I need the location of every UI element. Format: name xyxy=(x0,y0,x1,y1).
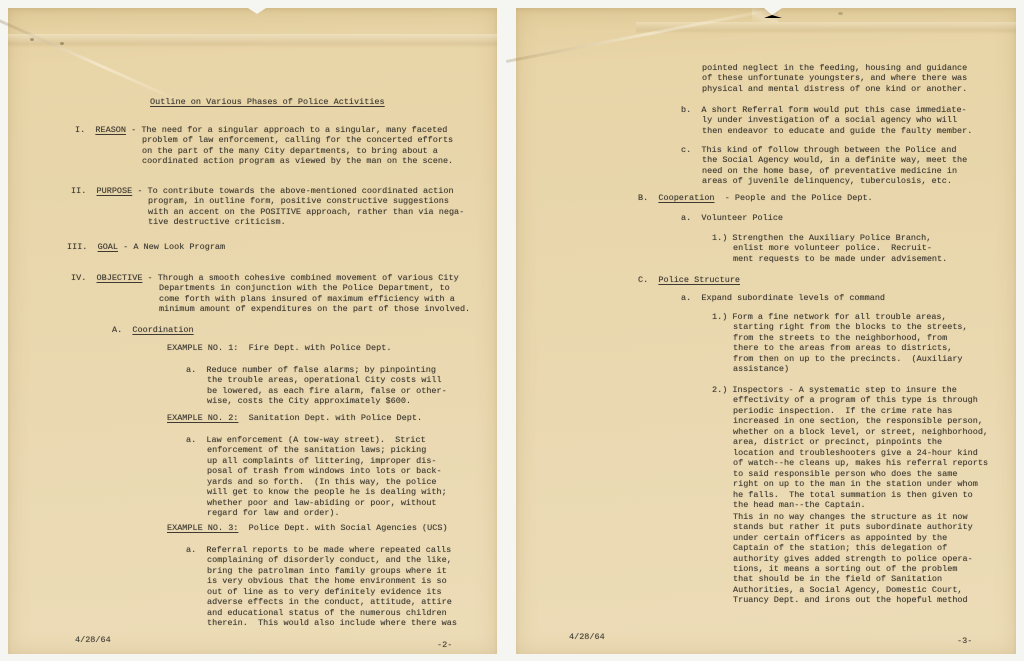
document-line: I. REASON - The need for a singular appr… xyxy=(75,125,447,135)
document-line: authority gives added strength to police… xyxy=(733,554,973,564)
document-line: under certain officers as appointed by t… xyxy=(733,533,947,543)
document-line: from the streets to the neighborhood, fr… xyxy=(733,333,947,343)
document-line: yards and so forth. (In this way, the po… xyxy=(207,477,437,487)
document-line: EXAMPLE NO. 1: Fire Dept. with Police De… xyxy=(167,343,391,353)
document-line: location and troubleshooters give a 24-h… xyxy=(733,448,978,458)
document-line: the head man--the Captain. xyxy=(733,500,866,510)
paper-speck xyxy=(838,12,843,15)
document-line: the trouble areas, operational City cost… xyxy=(207,375,442,385)
document-line: tions, it means a sorting out of the pro… xyxy=(733,564,957,574)
document-line: will get to know the people he is dealin… xyxy=(207,487,447,497)
document-line: there to the areas from areas to distric… xyxy=(733,343,952,353)
document-line: EXAMPLE NO. 3: Police Dept. with Social … xyxy=(167,523,448,533)
document-line: Captain of the station; this delegation … xyxy=(733,543,947,553)
document-line: c. This kind of follow through between t… xyxy=(681,145,956,155)
document-line: whether on a block level, or street, nei… xyxy=(733,427,988,437)
document-line: IV. OBJECTIVE - Through a smooth cohesiv… xyxy=(71,273,459,283)
document-line: physical and mental distress of one kind… xyxy=(702,84,967,94)
document-page-right: 4/28/64 -3- pointed neglect in the feedi… xyxy=(516,8,1016,654)
document-line: complaining of disorderly conduct, and t… xyxy=(207,555,452,565)
document-line: II. PURPOSE - To contribute towards the … xyxy=(71,186,454,196)
document-line: enforcement of the sanitation laws; pick… xyxy=(207,445,426,455)
document-line: a. Reduce number of false alarms; by pin… xyxy=(186,365,436,375)
document-line: Truancy Dept. and irons out the hopeful … xyxy=(733,595,968,605)
document-line: then endeavor to educate and guide the f… xyxy=(702,126,972,136)
document-line: posal of trash from windows into lots or… xyxy=(207,466,442,476)
document-line: periodic inspection. If the crime rate h… xyxy=(733,406,952,416)
document-line: minimum amount of expenditures on the pa… xyxy=(159,304,470,314)
torn-edge xyxy=(764,8,782,18)
document-line: be lowered, as each fire alarm, false or… xyxy=(207,386,447,396)
document-line: therein. This would also include where t… xyxy=(207,618,457,628)
document-line: on the part of the many City departments… xyxy=(142,146,438,156)
document-line: 1.) Form a fine network for all trouble … xyxy=(712,312,947,322)
document-line: with an accent on the POSITIVE approach,… xyxy=(148,207,464,217)
crease-mark xyxy=(0,14,189,106)
document-line: enlist more volunteer police. Recruit- xyxy=(733,243,932,253)
document-line: whether poor and law-abiding or poor, wi… xyxy=(207,498,437,508)
crease-mark xyxy=(636,22,1016,34)
document-line: problem of law enforcement, calling for … xyxy=(142,135,453,145)
document-line: of watch--he cleans up, makes his referr… xyxy=(733,458,988,468)
document-line: This in no way changes the structure as … xyxy=(733,512,968,522)
torn-edge xyxy=(248,8,266,20)
document-line: ly under investigation of a social agenc… xyxy=(702,115,957,125)
document-line: tive destructive criticism. xyxy=(148,217,286,227)
document-line: from then on up to the precincts. (Auxil… xyxy=(733,354,963,364)
document-line: 2.) Inspectors - A systematic step to in… xyxy=(712,385,957,395)
document-line: regard for law and order). xyxy=(207,508,340,518)
document-line: program, in outline form, positive const… xyxy=(148,196,449,206)
document-line: Outline on Various Phases of Police Acti… xyxy=(150,97,385,107)
document-line: to said responsible person who does the … xyxy=(733,469,957,479)
document-line: Departments in conjunction with the Poli… xyxy=(159,283,450,293)
document-line: pointed neglect in the feeding, housing … xyxy=(702,63,967,73)
document-line: wise, costs the City approximately $600. xyxy=(207,396,411,406)
document-line: stands but rather it puts subordinate au… xyxy=(733,522,973,532)
document-line: up all complaints of littering, improper… xyxy=(207,456,437,466)
document-line: ment requests to be made under advisemen… xyxy=(733,254,947,264)
document-line: coordinated action program as viewed by … xyxy=(142,156,453,166)
page-number: -2- xyxy=(437,640,452,650)
document-line: come forth with plans insured of maximum… xyxy=(159,294,455,304)
document-line: areas of juvenile delinquency, tuberculo… xyxy=(702,176,952,186)
document-line: a. Referral reports to be made where rep… xyxy=(186,545,451,555)
document-line: assistance) xyxy=(733,364,789,374)
document-line: a. Expand subordinate levels of command xyxy=(681,293,885,303)
document-line: Authorities, a Social Agency, Domestic C… xyxy=(733,585,963,595)
document-line: 1.) Strengthen the Auxiliary Police Bran… xyxy=(712,233,931,243)
document-line: adverse effects in the conduct, attitude… xyxy=(207,597,452,607)
footer-date: 4/28/64 xyxy=(75,635,111,645)
document-line: he falls. The total summation is then gi… xyxy=(733,490,973,500)
document-line: a. Law enforcement (A tow-way street). S… xyxy=(186,435,426,445)
page-number: -3- xyxy=(957,636,972,646)
crease-mark xyxy=(8,34,497,48)
document-line: and educational status of the numerous c… xyxy=(207,608,447,618)
document-page-left: 4/28/64 -2- Outline on Various Phases of… xyxy=(8,8,497,654)
document-line: need on the home base, of preventative m… xyxy=(702,166,957,176)
document-line: is very obvious that the home environmen… xyxy=(207,576,447,586)
document-line: B. Cooperation - People and the Police D… xyxy=(638,193,873,203)
paper-speck xyxy=(60,42,64,45)
document-line: C. Police Structure xyxy=(638,275,740,285)
document-line: b. A short Referral form would put this … xyxy=(681,105,967,115)
document-line: effectivity of a program of this type is… xyxy=(733,395,978,405)
document-line: area, district or precinct, pinpoints th… xyxy=(733,437,942,447)
document-line: III. GOAL - A New Look Program xyxy=(67,242,225,252)
paper-speck xyxy=(30,38,34,41)
document-line: bring the patrolman into family groups w… xyxy=(207,566,447,576)
document-line: out of line as to very definitely eviden… xyxy=(207,587,442,597)
document-line: the Social Agency would, in a definite w… xyxy=(702,155,967,165)
document-line: A. Coordination xyxy=(112,325,194,335)
document-line: a. Volunteer Police xyxy=(681,213,783,223)
document-line: starting right from the blocks to the st… xyxy=(733,322,968,332)
document-line: that should be in the field of Sanitatio… xyxy=(733,574,942,584)
document-line: EXAMPLE NO. 2: Sanitation Dept. with Pol… xyxy=(167,413,422,423)
document-line: right on up to the man in the station un… xyxy=(733,479,978,489)
footer-date: 4/28/64 xyxy=(569,632,605,642)
document-line: of these unfortunate youngsters, and whe… xyxy=(702,73,967,83)
document-line: increased in one section, the responsibl… xyxy=(733,416,983,426)
scan-background: 4/28/64 -2- Outline on Various Phases of… xyxy=(0,0,1024,661)
